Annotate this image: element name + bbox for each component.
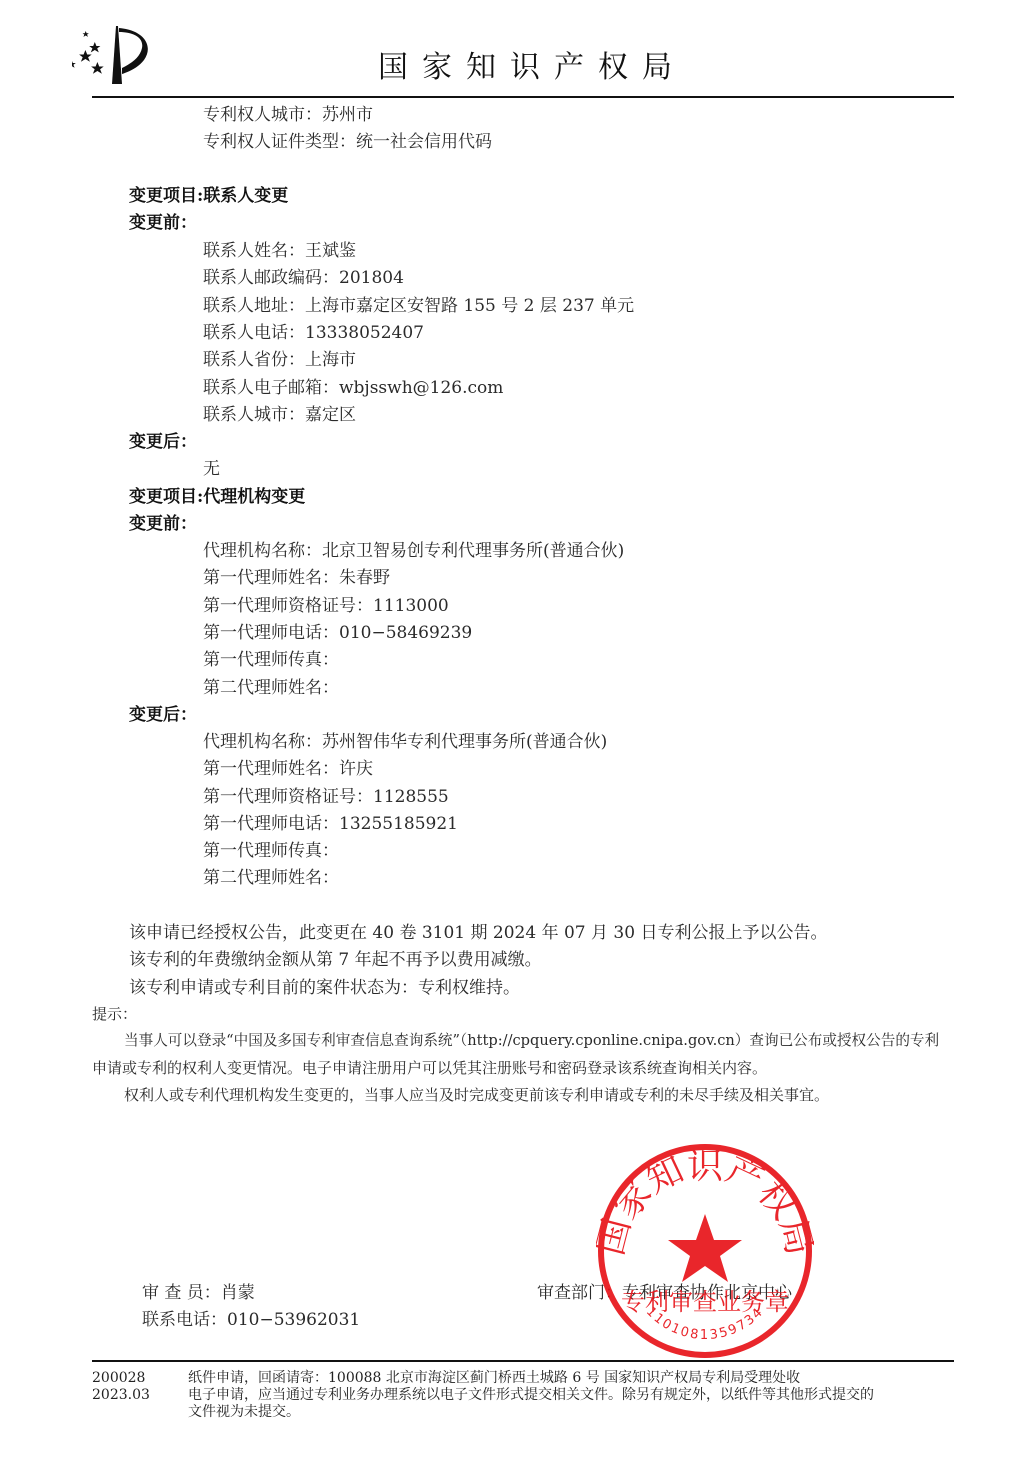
cnipa-logo-icon <box>72 22 154 86</box>
field-line: 联系人地址：上海市嘉定区安智路 155 号 2 层 237 单元 <box>203 296 634 316</box>
field-line: 联系人城市：嘉定区 <box>203 405 356 425</box>
official-seal-stamp: 国家知识产权局 专利审查业务章 1101081359734 <box>596 1142 814 1360</box>
org-title: 国家知识产权局 <box>378 42 686 86</box>
change-item-title: 变更项目:联系人变更 <box>129 186 288 206</box>
field-line: 联系人电子邮箱：wbjsswh@126.com <box>203 378 503 398</box>
field-line: 第一代理师电话：010−58469239 <box>203 623 472 643</box>
field-line: 第一代理师姓名：许庆 <box>203 759 373 779</box>
after-label: 变更后： <box>129 432 197 452</box>
form-code: 200028 <box>92 1370 145 1387</box>
footer-line: 文件视为未提交。 <box>188 1404 300 1421</box>
field-line: 联系人电话：13338052407 <box>203 323 424 343</box>
examiner-phone: 联系电话：010−53962031 <box>142 1305 360 1330</box>
field-line: 第一代理师资格证号：1128555 <box>203 787 449 807</box>
doc-line: 专利权人证件类型：统一社会信用代码 <box>203 132 492 152</box>
notice-line: 当事人可以登录“中国及多国专利审查信息查询系统”（http://cpquery.… <box>124 1032 939 1050</box>
field-line: 第一代理师传真： <box>203 841 339 861</box>
before-label: 变更前： <box>129 213 197 233</box>
footer-line: 电子申请，应当通过专利业务办理系统以电子文件形式提交相关文件。除另有规定外，以纸… <box>188 1387 874 1404</box>
notice-line: 申请或专利的权利人变更情况。电子申请注册用户可以凭其注册账号和密码登录该系统查询… <box>92 1059 767 1077</box>
field-line: 第一代理师电话：13255185921 <box>203 814 458 834</box>
field-line: 第二代理师姓名： <box>203 678 339 698</box>
form-date: 2023.03 <box>92 1387 150 1404</box>
after-label: 变更后： <box>129 705 197 725</box>
field-line: 第一代理师姓名：朱春野 <box>203 568 390 588</box>
star-icon <box>668 1214 742 1282</box>
notice-label: 提示： <box>92 1005 137 1023</box>
field-line: 代理机构名称：苏州智伟华专利代理事务所(普通合伙) <box>203 732 607 752</box>
notice-line: 权利人或专利代理机构发生变更的，当事人应当及时完成变更前该专利申请或专利的未尽手… <box>124 1086 829 1104</box>
field-line: 第二代理师姓名： <box>203 868 339 888</box>
before-label: 变更前： <box>129 514 197 534</box>
footer-line: 纸件申请，回函请寄：100088 北京市海淀区蓟门桥西土城路 6 号 国家知识产… <box>188 1370 800 1387</box>
field-line: 第一代理师传真： <box>203 650 339 670</box>
field-line: 联系人姓名：王斌鉴 <box>203 241 356 261</box>
field-line: 联系人邮政编码：201804 <box>203 268 404 288</box>
field-line: 联系人省份：上海市 <box>203 350 356 370</box>
change-item-title: 变更项目:代理机构变更 <box>129 487 305 507</box>
doc-line: 专利权人城市：苏州市 <box>203 105 373 125</box>
header-divider <box>92 96 954 98</box>
statement-line: 该专利的年费缴纳金额从第 7 年起不再予以费用减缴。 <box>129 950 542 970</box>
statement-line: 该申请已经授权公告，此变更在 40 卷 3101 期 2024 年 07 月 3… <box>129 923 827 943</box>
field-line: 第一代理师资格证号：1113000 <box>203 596 449 616</box>
footer-divider <box>92 1360 954 1362</box>
examiner-name: 审 查 员：肖蒙 <box>142 1278 255 1303</box>
field-line: 无 <box>203 459 220 479</box>
statement-line: 该专利申请或专利目前的案件状态为：专利权维持。 <box>129 978 520 998</box>
field-line: 代理机构名称：北京卫智易创专利代理事务所(普通合伙) <box>203 541 624 561</box>
